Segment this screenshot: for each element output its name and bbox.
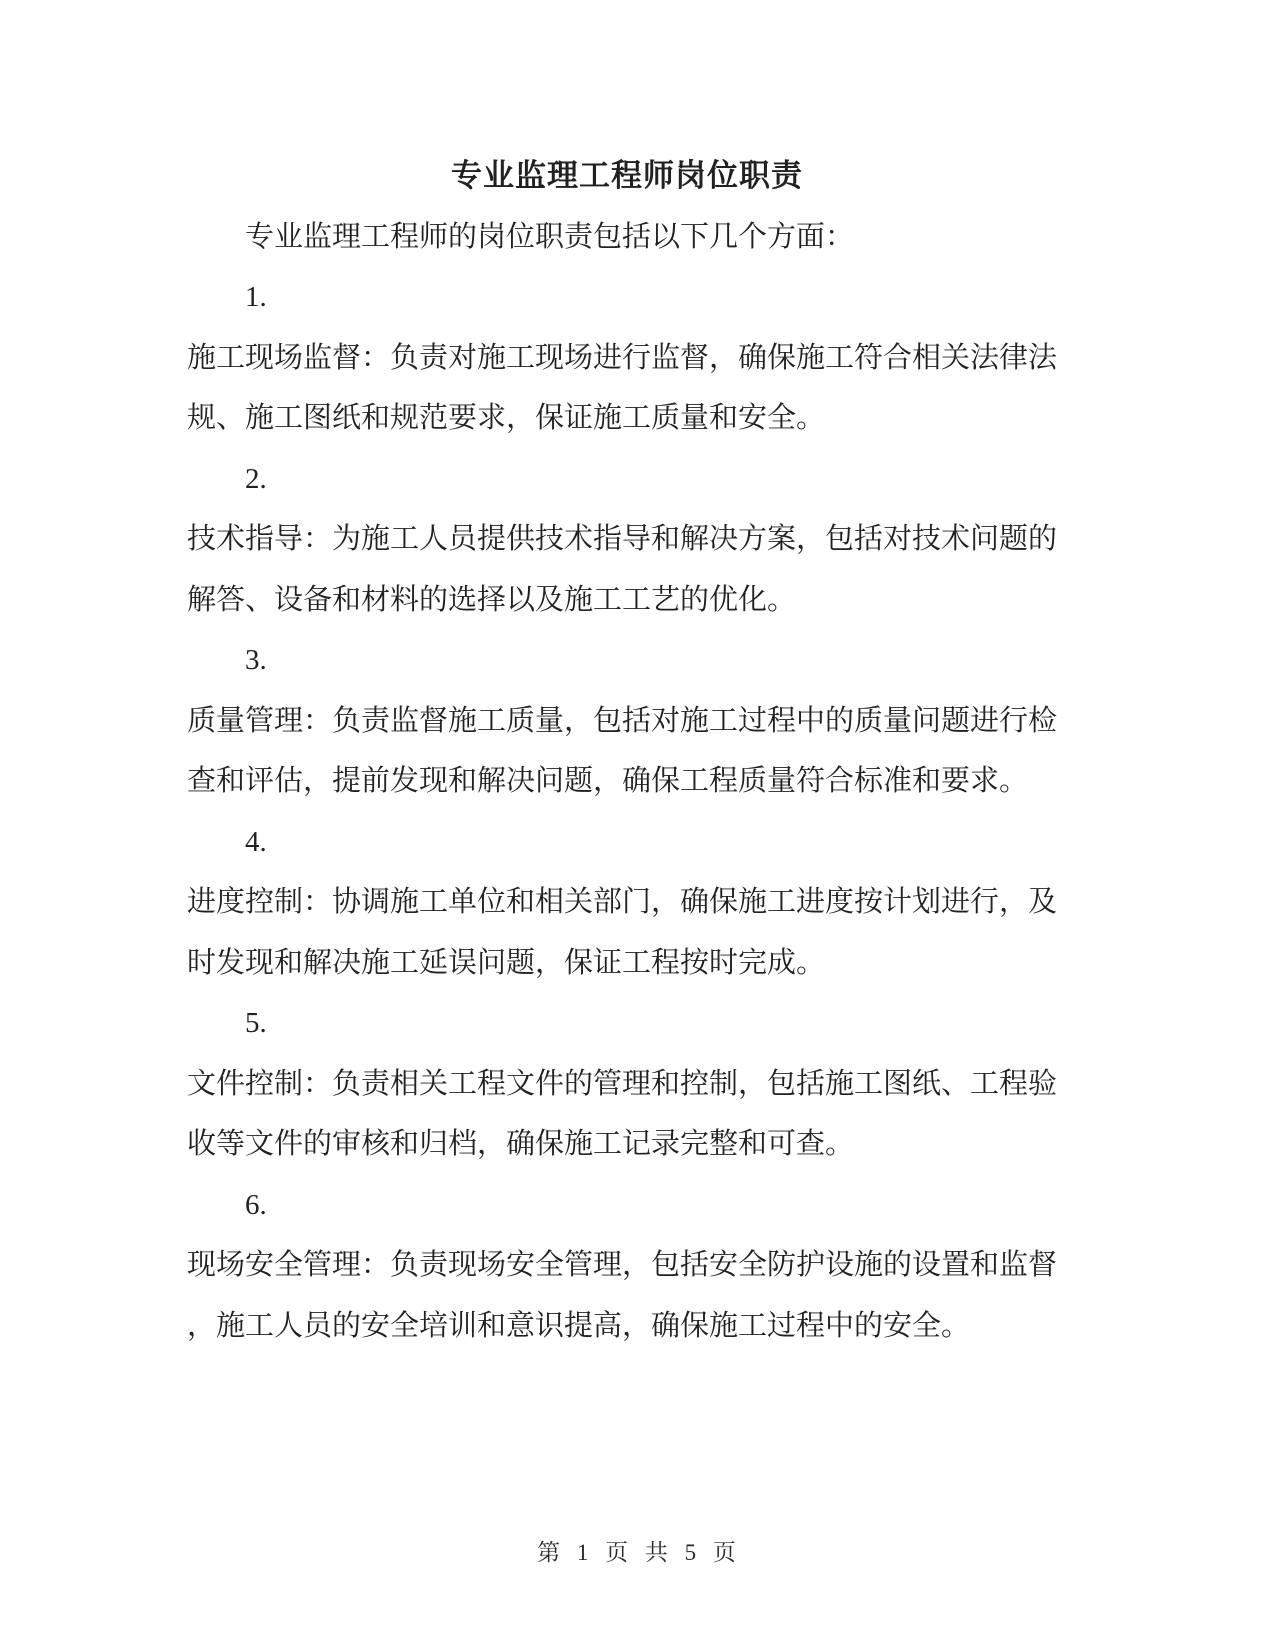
list-item: 2. 技术指导：为施工人员提供技术指导和解决方案，包括对技术问题的 解答、设备和…: [187, 449, 1067, 631]
item-number: 3.: [187, 630, 1067, 691]
item-text-line: 施工现场监督：负责对施工现场进行监督，确保施工符合相关法律法: [187, 328, 1067, 389]
item-text-line: 时发现和解决施工延误问题，保证工程按时完成。: [187, 933, 1067, 994]
list-item: 5. 文件控制：负责相关工程文件的管理和控制，包括施工图纸、工程验 收等文件的审…: [187, 993, 1067, 1175]
item-text-line: 规、施工图纸和规范要求，保证施工质量和安全。: [187, 388, 1067, 449]
item-number: 6.: [187, 1175, 1067, 1236]
item-text-line: 技术指导：为施工人员提供技术指导和解决方案，包括对技术问题的: [187, 509, 1067, 570]
item-text-line: 查和评估，提前发现和解决问题，确保工程质量符合标准和要求。: [187, 751, 1067, 812]
item-text-line: 文件控制：负责相关工程文件的管理和控制，包括施工图纸、工程验: [187, 1054, 1067, 1115]
list-item: 6. 现场安全管理：负责现场安全管理，包括安全防护设施的设置和监督 ，施工人员的…: [187, 1175, 1067, 1357]
item-text-line: 收等文件的审核和归档，确保施工记录完整和可查。: [187, 1114, 1067, 1175]
item-text-line: 进度控制：协调施工单位和相关部门，确保施工进度按计划进行，及: [187, 872, 1067, 933]
intro-paragraph: 专业监理工程师的岗位职责包括以下几个方面：: [187, 207, 1067, 268]
item-text-line: ，施工人员的安全培训和意识提高，确保施工过程中的安全。: [187, 1296, 1067, 1357]
document-body: 专业监理工程师岗位职责 专业监理工程师的岗位职责包括以下几个方面： 1. 施工现…: [187, 146, 1067, 1356]
item-text-line: 现场安全管理：负责现场安全管理，包括安全防护设施的设置和监督: [187, 1235, 1067, 1296]
item-number: 1.: [187, 267, 1067, 328]
item-number: 5.: [187, 993, 1067, 1054]
list-item: 4. 进度控制：协调施工单位和相关部门，确保施工进度按计划进行，及 时发现和解决…: [187, 812, 1067, 994]
item-number: 2.: [187, 449, 1067, 510]
item-text-line: 质量管理：负责监督施工质量，包括对施工过程中的质量问题进行检: [187, 691, 1067, 752]
item-text-line: 解答、设备和材料的选择以及施工工艺的优化。: [187, 570, 1067, 631]
list-item: 3. 质量管理：负责监督施工质量，包括对施工过程中的质量问题进行检 查和评估，提…: [187, 630, 1067, 812]
document-title: 专业监理工程师岗位职责: [187, 146, 1067, 207]
list-item: 1. 施工现场监督：负责对施工现场进行监督，确保施工符合相关法律法 规、施工图纸…: [187, 267, 1067, 449]
document-page: 专业监理工程师岗位职责 专业监理工程师的岗位职责包括以下几个方面： 1. 施工现…: [0, 0, 1275, 1650]
item-number: 4.: [187, 812, 1067, 873]
page-number-footer: 第 1 页 共 5 页: [0, 1538, 1275, 1568]
